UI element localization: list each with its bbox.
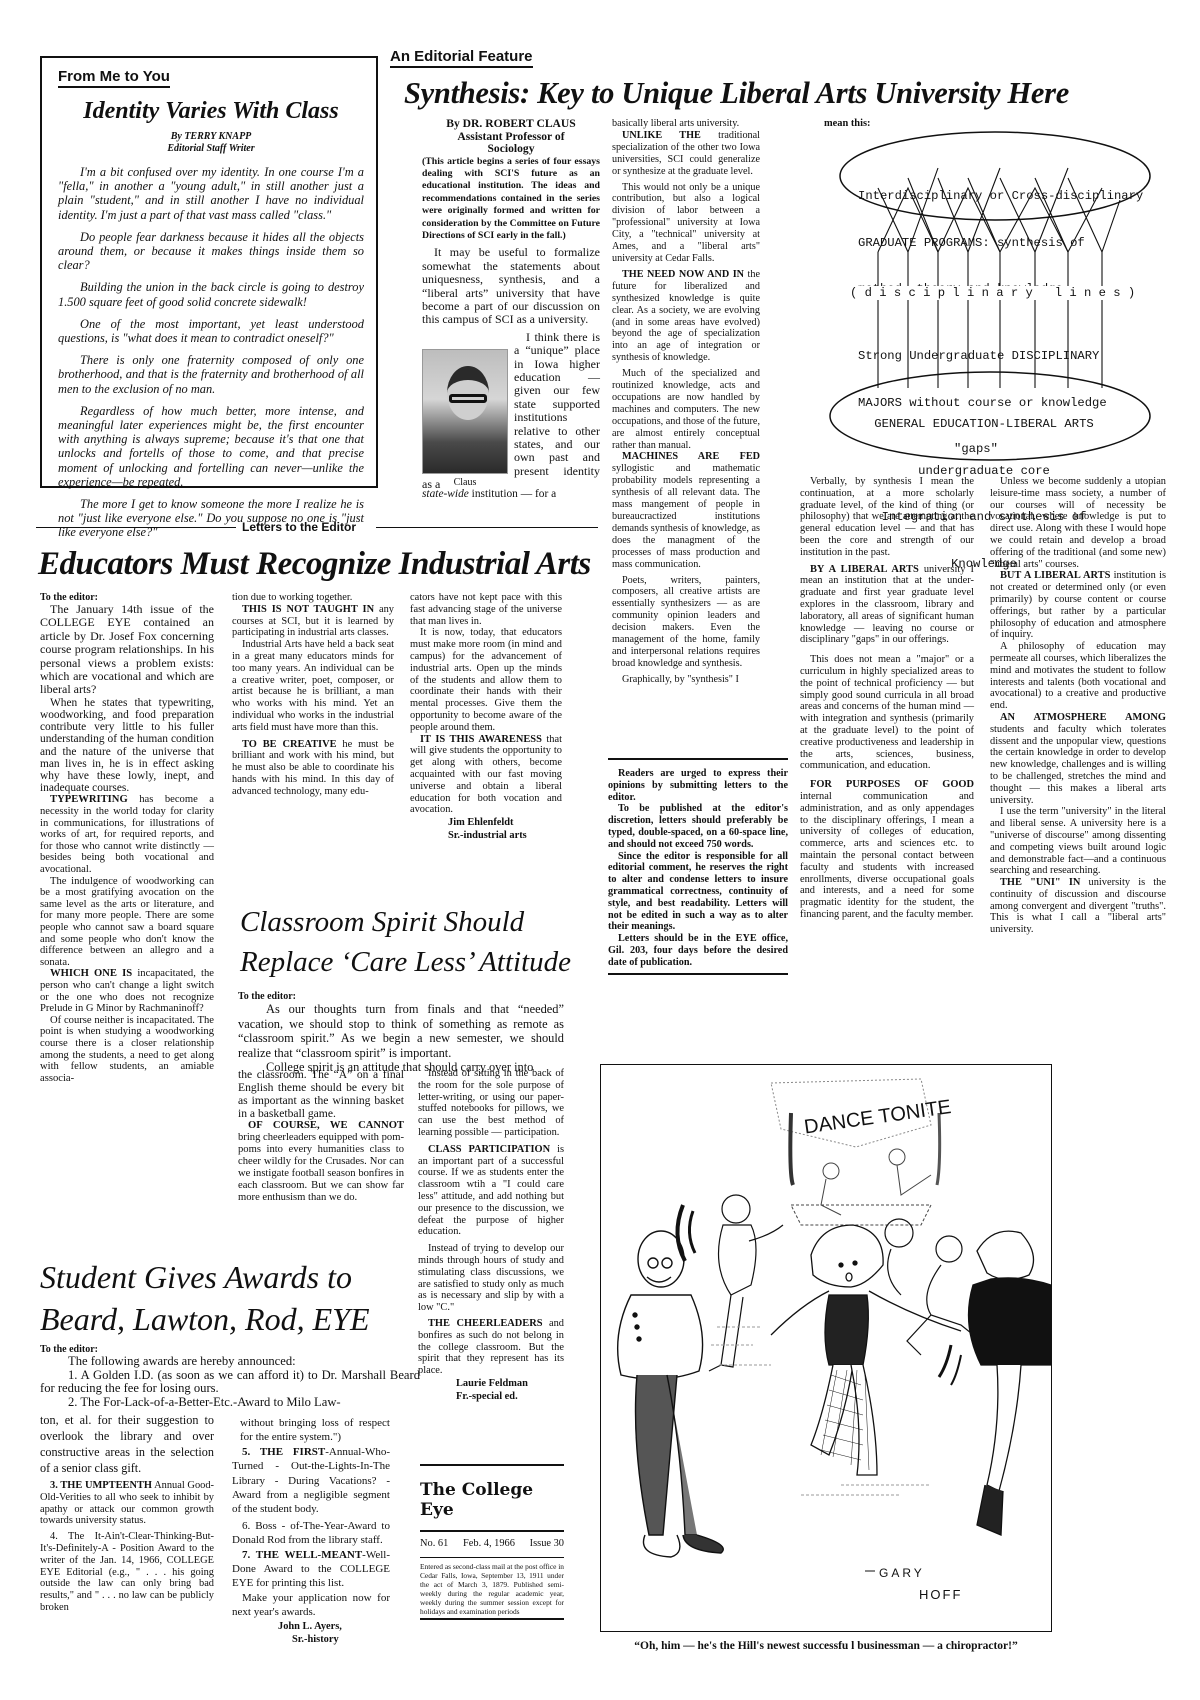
- editorial-paragraph: MACHINES ARE FED syllogistic and mathema…: [612, 451, 760, 570]
- masthead-rule-top: [420, 1464, 564, 1466]
- letter-paragraph: THIS IS NOT TAUGHT IN any courses at SCI…: [232, 604, 394, 639]
- editorial-paragraph: THE NEED NOW AND IN the future for liber…: [612, 269, 760, 364]
- signature-name: Jim Ehlenfeldt: [448, 816, 562, 829]
- masthead-issue: Issue 30: [530, 1538, 564, 1549]
- policy-body: Readers are urged to express their opini…: [608, 768, 788, 969]
- letters-policy-box: Readers are urged to express their opini…: [608, 758, 788, 975]
- letter-paragraph: without bringing loss of respect for the…: [232, 1416, 390, 1445]
- editorial-paragraph: UNLIKE THE traditional specialization of…: [612, 130, 760, 178]
- letter1-column-1: To the editor: The January 14th issue of…: [40, 592, 214, 1084]
- letter1-headline: Educators Must Recognize Industrial Arts: [38, 546, 591, 583]
- policy-paragraph: Letters should be in the EYE office, Gil…: [608, 933, 788, 968]
- letter2-column-1: the classroom. The “A” on a final Englis…: [238, 1068, 404, 1204]
- cartoon-banner-text: DANCE TONITE: [803, 1096, 953, 1138]
- masthead-rule-lower: [420, 1557, 564, 1559]
- column-paragraph: I'm a bit confused over my identity. In …: [58, 165, 364, 222]
- letter-paragraph: The indulgence of woodworking can be a m…: [40, 876, 214, 969]
- letter-paragraph: the classroom. The “A” on a final Englis…: [238, 1068, 404, 1120]
- synthesis-diagram: mean this: Interdisciplinary or Cross-di…: [800, 118, 1180, 468]
- editorial-kicker: An Editorial Feature: [390, 48, 533, 68]
- signature-name: John L. Ayers,: [278, 1620, 390, 1633]
- editorial-paragraph: FOR PURPOSES OF GOOD internal communicat…: [800, 779, 974, 921]
- editorial-col1-photo-para: I think there is a “unique” place in Iow…: [422, 331, 600, 501]
- editorial-paragraph: This would not only be a unique contribu…: [612, 182, 760, 265]
- letter-paragraph: Industrial Arts have held a back seat in…: [232, 639, 394, 733]
- editorial-paragraph: BUT A LIBERAL ARTS institution is not cr…: [990, 570, 1166, 641]
- column-byline-name: By TERRY KNAPP: [58, 131, 364, 143]
- letter-paragraph: WHICH ONE IS incapacitated, the person w…: [40, 968, 214, 1014]
- football-player-figure: [939, 1231, 1051, 1535]
- editorial-column-2: basically liberal arts university. UNLIK…: [612, 118, 760, 686]
- letter-paragraph: The following awards are hereby announce…: [40, 1355, 420, 1369]
- masthead-issue-line: No. 61 Feb. 4, 1966 Issue 30: [420, 1538, 564, 1549]
- diagram-middle-label: ( d i s c i p l i n a r y l i n e s ): [850, 286, 1135, 300]
- background-dancers: [885, 1219, 981, 1355]
- letter-paragraph: Of course neither is incapacitated. The …: [40, 1015, 214, 1085]
- editorial-headline: Synthesis: Key to Unique Liberal Arts Un…: [404, 76, 1069, 111]
- signature-title: Sr.-history: [278, 1633, 390, 1646]
- letter2-column-2: Instead of sitting in the back of the ro…: [418, 1068, 564, 1403]
- signature-name: Laurie Feldman: [456, 1377, 564, 1390]
- letter-paragraph: IT IS THIS AWARENESS that will give stud…: [410, 734, 562, 817]
- letter1-column-2: tion due to working together. THIS IS NO…: [232, 592, 394, 798]
- letter-paragraph: Instead of sitting in the back of the ro…: [418, 1068, 564, 1139]
- letter2-headline: Classroom Spirit Should Replace ‘Care Le…: [240, 902, 571, 982]
- masthead-block: The College Eye No. 61 Feb. 4, 1966 Issu…: [420, 1464, 564, 1620]
- masthead-number: No. 61: [420, 1538, 448, 1549]
- letter1-signature: Jim Ehlenfeldt Sr.-industrial arts: [410, 816, 562, 842]
- letters-section-label: Letters to the Editor: [242, 520, 356, 534]
- editorial-byline-name: By DR. ROBERT CLAUS: [422, 118, 600, 131]
- column-box: From Me to You Identity Varies With Clas…: [40, 56, 378, 488]
- letter3-headline-line2: Beard, Lawton, Rod, EYE: [40, 1298, 369, 1340]
- letter-paragraph: tion due to working together.: [232, 592, 394, 604]
- letter-paragraph: ton, et al. for their suggestion to over…: [40, 1412, 214, 1476]
- editorial-paragraph: BY A LIBERAL ARTS university I mean an i…: [800, 564, 974, 647]
- letter-paragraph: It is now, today, that educators must ma…: [410, 627, 562, 733]
- column-body: I'm a bit confused over my identity. In …: [58, 165, 364, 540]
- column-kicker: From Me to You: [58, 68, 170, 88]
- editorial-paragraph: I use the term "university" in the liter…: [990, 806, 1166, 877]
- editorial-paragraph: Unless we become suddenly a utopian leis…: [990, 476, 1166, 570]
- editorial-paragraph: This does not mean a "major" or a curric…: [800, 654, 974, 772]
- policy-paragraph: To be published at the editor's discreti…: [608, 803, 788, 850]
- letter-paragraph: THE CHEERLEADERS and bonfires as such do…: [418, 1318, 564, 1377]
- editorial-paragraph: AN ATMOSPHERE AMONG students and faculty…: [990, 712, 1166, 806]
- letter-paragraph: When he states that typewriting, woodwor…: [40, 697, 214, 795]
- policy-rule-top: [608, 758, 788, 760]
- masthead-title: The College Eye: [420, 1480, 564, 1520]
- editorial-paragraph: Graphically, by "synthesis" I: [612, 674, 760, 686]
- masthead-rule-mid: [420, 1530, 564, 1532]
- letter-paragraph: 4. The It-Ain't-Clear-Thinking-But-It's-…: [40, 1531, 214, 1614]
- column-paragraph: Building the union in the back circle is…: [58, 280, 364, 308]
- editorial-paragraph: Much of the specialized and routinized k…: [612, 368, 760, 451]
- letter2-salutation: To the editor:: [238, 991, 564, 1002]
- letter-paragraph: Make your application now for next year'…: [232, 1591, 390, 1620]
- letter1-col1-body: The January 14th issue of the COLLEGE EY…: [40, 603, 214, 1084]
- letters-section-header: Letters to the Editor: [36, 520, 598, 534]
- letter3-headline-line1: Student Gives Awards to: [40, 1256, 369, 1298]
- author-photo: [422, 349, 508, 474]
- editorial-col1-tail: state-wide institution — for a: [422, 488, 600, 501]
- editorial-tail-text: institution — for a: [469, 488, 556, 500]
- editorial-paragraph: A philosophy of education may permeate a…: [990, 641, 1166, 712]
- letter2-headline-line2: Replace ‘Care Less’ Attitude: [240, 942, 571, 982]
- letter1-column-3: cators have not kept pace with this fast…: [410, 592, 562, 842]
- cartoon-signature-line1: GARY: [879, 1566, 925, 1580]
- editorial-byline: By DR. ROBERT CLAUS Assistant Professor …: [422, 118, 600, 156]
- letter2-headline-line1: Classroom Spirit Should: [240, 902, 571, 942]
- letter-paragraph: 5. THE FIRST-Annual-Who-Turned - Out-the…: [232, 1445, 390, 1517]
- signature-title: Sr.-industrial arts: [448, 829, 562, 842]
- diagram-bottom-line: GENERAL EDUCATION-LIBERAL ARTS: [864, 417, 1104, 433]
- letter3-signature: John L. Ayers, Sr.-history: [232, 1620, 390, 1646]
- diagram-top-line: GRADUATE PROGRAMS: synthesis of: [858, 236, 1143, 252]
- editorial-byline-dept: Sociology: [422, 143, 600, 156]
- editorial-paragraph: It may be useful to formalize somewhat t…: [422, 246, 600, 326]
- column-paragraph: There is only one fraternity composed of…: [58, 353, 364, 396]
- letter-paragraph: OF COURSE, WE CANNOT bring cheerleaders …: [238, 1120, 404, 1204]
- letters-rule: [376, 527, 598, 528]
- column-paragraph: Regardless of how much better, more inte…: [58, 404, 364, 489]
- editorial-column-1: By DR. ROBERT CLAUS Assistant Professor …: [422, 118, 600, 501]
- postal-notice: Entered as second-class mail at the post…: [420, 1562, 564, 1616]
- photo-glasses: [449, 394, 487, 403]
- masthead-rule-bottom: [420, 1618, 564, 1620]
- bald-man-figure: [618, 1231, 724, 1557]
- editorial-kicker-wrap: An Editorial Feature: [390, 46, 533, 68]
- cartoon-frame: DANCE TONITE: [600, 1064, 1052, 1632]
- letter-paragraph: 6. Boss - of-The-Year-Award to Donald Ro…: [232, 1519, 390, 1548]
- letter-paragraph: As our thoughts turn from finals and tha…: [238, 1002, 564, 1060]
- cartoon-signature-line2: HOFF: [919, 1587, 962, 1602]
- editorial-paragraph: Verbally, by synthesis I mean the contin…: [800, 476, 974, 559]
- dancing-girl-figure: [771, 1225, 961, 1475]
- letter3-headline: Student Gives Awards to Beard, Lawton, R…: [40, 1256, 369, 1340]
- cartoon-caption: “Oh, him — he's the Hill's newest succes…: [600, 1640, 1052, 1652]
- letter-paragraph: 2. The For-Lack-of-a-Better-Etc.-Award t…: [40, 1396, 420, 1410]
- editorial-column-4: Unless we become suddenly a utopian leis…: [990, 476, 1166, 936]
- letter-paragraph: TYPEWRITING has become a necessity in th…: [40, 794, 214, 875]
- policy-paragraph: Since the editor is responsible for all …: [608, 851, 788, 934]
- policy-rule-bottom: [608, 973, 788, 975]
- letter2-intro: To the editor: As our thoughts turn from…: [238, 991, 564, 1075]
- diagram-top-line: Interdisciplinary or Cross-disciplinary: [858, 189, 1143, 205]
- column-byline-title: Editorial Staff Writer: [58, 143, 364, 155]
- letter3-column-1: ton, et al. for their suggestion to over…: [40, 1412, 214, 1614]
- editorial-paragraph: THE "UNI" IN university is the continuit…: [990, 877, 1166, 936]
- letter2-intro-body: As our thoughts turn from finals and tha…: [238, 1002, 564, 1075]
- editorial-col1-body: It may be useful to formalize somewhat t…: [422, 246, 600, 326]
- photo-head: [447, 366, 489, 420]
- editorial-paragraph: basically liberal arts university.: [612, 118, 760, 130]
- diagram-middle-line: Strong Undergraduate DISCIPLINARY: [858, 349, 1107, 365]
- editorial-column-3: Verbally, by synthesis I mean the contin…: [800, 476, 974, 921]
- column-paragraph: Do people fear darkness because it hides…: [58, 230, 364, 273]
- letter2-signature: Laurie Feldman Fr.-special ed.: [418, 1377, 564, 1403]
- letter-paragraph: cators have not kept pace with this fast…: [410, 592, 562, 627]
- diagram-top-oval-text: Interdisciplinary or Cross-disciplinary …: [858, 158, 1143, 329]
- letter3-intro-body: The following awards are hereby announce…: [40, 1355, 420, 1409]
- editorial-intro-note: (This article begins a series of four es…: [422, 156, 600, 243]
- letter-paragraph: The January 14th issue of the COLLEGE EY…: [40, 603, 214, 697]
- masthead-date: Feb. 4, 1966: [463, 1538, 515, 1549]
- letter3-column-2: without bringing loss of respect for the…: [232, 1416, 390, 1646]
- letter-paragraph: 3. THE UMPTEENTH Annual Good-Old-Veritie…: [40, 1480, 214, 1527]
- letter-paragraph: TO BE CREATIVE he must be brilliant and …: [232, 739, 394, 798]
- letter-paragraph: 7. THE WELL-MEANT-Well-Done Award to the…: [232, 1548, 390, 1591]
- editorial-italic-word: state-wide: [422, 488, 469, 500]
- column-headline: Identity Varies With Class: [58, 98, 364, 125]
- letter-paragraph: 1. A Golden I.D. (as soon as we can affo…: [40, 1369, 420, 1396]
- column-paragraph: One of the most important, yet least und…: [58, 317, 364, 345]
- editorial-paragraph: Poets, writers, painters, composers, all…: [612, 575, 760, 670]
- cartoon-illustration: DANCE TONITE: [601, 1065, 1051, 1631]
- letter-paragraph: Instead of trying to develop our minds t…: [418, 1243, 564, 1314]
- signature-title: Fr.-special ed.: [456, 1390, 564, 1403]
- column-byline: By TERRY KNAPP Editorial Staff Writer: [58, 131, 364, 155]
- letter3-intro: To the editor: The following awards are …: [40, 1344, 420, 1409]
- letters-rule: [36, 527, 236, 528]
- letter-paragraph: CLASS PARTICIPATION is an important part…: [418, 1144, 564, 1238]
- policy-paragraph: Readers are urged to express their opini…: [608, 768, 788, 803]
